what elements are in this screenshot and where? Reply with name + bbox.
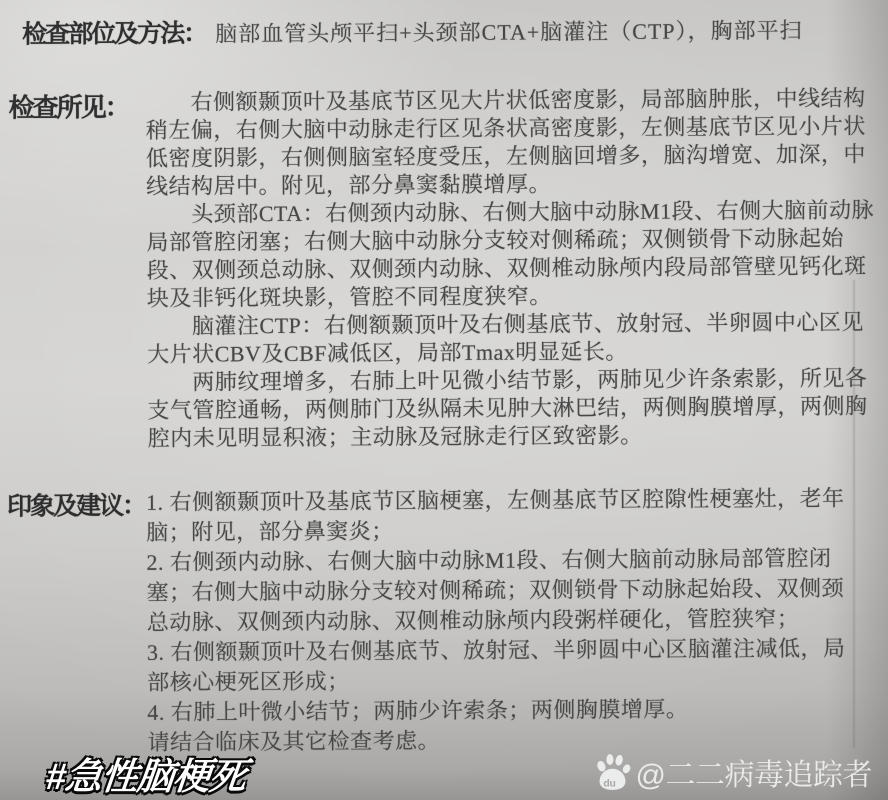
exam-method-label: 检查部位及方法： — [22, 13, 206, 50]
hashtag-watermark: #急性脑梗死 — [43, 746, 248, 800]
report-line: 支气管腔通畅，两侧肺门及纵隔未见肿大淋巴结，两侧胸膜增厚，两侧胸 — [147, 392, 875, 424]
report-line: 稍左偏，右侧大脑中动脉走行区见条状高密度影，左侧基底节区见小片状 — [146, 112, 874, 144]
impression-line: 塞；右侧大脑中动脉分支较对侧稀疏；双侧锁骨下动脉起始段、双侧颈 — [147, 574, 846, 608]
paper-edge-shadow — [853, 280, 855, 748]
report-line: 低密度阴影，右侧侧脑室轻度受压，左侧脑回增多，脑沟增宽、加深，中 — [146, 140, 874, 172]
findings-text-block: 右侧额颞顶叶及基底节区见大片状低密度影，局部脑肿胀，中线结构 稍左偏，右侧大脑中… — [146, 84, 876, 452]
author-handle: @二二病毒追踪者 — [636, 750, 872, 794]
report-line: 腔内未见明显积液；主动脉及冠脉走行区致密影。 — [148, 420, 876, 452]
report-line: 大片状CBV及CBF减低区，局部Tmax明显延长。 — [147, 336, 875, 368]
report-line: 段、双侧颈总动脉、双侧颈内动脉、双侧椎动脉颅内段局部管壁见钙化斑 — [147, 252, 875, 284]
impression-section-label: 印象及建议： — [7, 486, 145, 523]
baidu-logo-text: du — [603, 778, 615, 789]
report-line: 线结构居中。附见，部分鼻窦黏膜增厚。 — [146, 168, 874, 200]
author-watermark: du @二二病毒追踪者 — [594, 750, 872, 794]
impression-line: 4. 右肺上叶微小结节；两肺少许索条；两侧胸膜增厚。 — [147, 694, 846, 728]
impression-line: 2. 右侧颈内动脉、右侧大脑中动脉M1段、右侧大脑前动脉局部管腔闭 — [146, 544, 845, 578]
impression-line: 脑；附见，部分鼻窦炎； — [146, 514, 845, 548]
exam-method-row: 检查部位及方法： 脑部血管头颅平扫+头颈部CTA+脑灌注（CTP），胸部平扫 — [22, 10, 803, 51]
report-line: 两肺纹理增多，右肺上叶见微小结节影，两肺见少许条索影，所见各 — [147, 364, 875, 396]
report-line: 右侧额颞顶叶及基底节区见大片状低密度影，局部脑肿胀，中线结构 — [146, 84, 874, 116]
findings-section-label: 检查所见： — [9, 87, 129, 125]
report-line: 头颈部CTA：右侧颈内动脉、右侧大脑中动脉M1段、右侧大脑前动脉 — [146, 196, 874, 228]
impression-text-block: 1. 右侧额颞顶叶及基底节区脑梗塞，左侧基底节区腔隙性梗塞灶，老年 脑；附见，部… — [146, 484, 846, 758]
impression-line: 总动脉、双侧颈内动脉、双侧椎动脉颅内段粥样硬化，管腔狭窄； — [147, 604, 846, 638]
impression-line: 3. 右侧额颞顶叶及右侧基底节、放射冠、半卵圆中心区脑灌注减低，局 — [147, 634, 846, 668]
impression-line: 部核心梗死区形成； — [147, 664, 846, 698]
report-line: 脑灌注CTP：右侧额颞顶叶及右侧基底节、放射冠、半卵圆中心区见 — [147, 308, 875, 340]
report-document: 检查部位及方法： 脑部血管头颅平扫+头颈部CTA+脑灌注（CTP），胸部平扫 检… — [0, 0, 888, 800]
report-line: 局部管腔闭塞；右侧大脑中动脉分支较对侧稀疏；双侧锁骨下动脉起始 — [146, 224, 874, 256]
impression-line: 1. 右侧额颞顶叶及基底节区脑梗塞，左侧基底节区腔隙性梗塞灶，老年 — [146, 484, 845, 518]
baidu-paw-icon: du — [594, 754, 631, 791]
exam-method-value: 脑部血管头颅平扫+头颈部CTA+脑灌注（CTP），胸部平扫 — [215, 14, 803, 49]
report-line: 块及非钙化斑块影，管腔不同程度狭窄。 — [147, 280, 875, 312]
